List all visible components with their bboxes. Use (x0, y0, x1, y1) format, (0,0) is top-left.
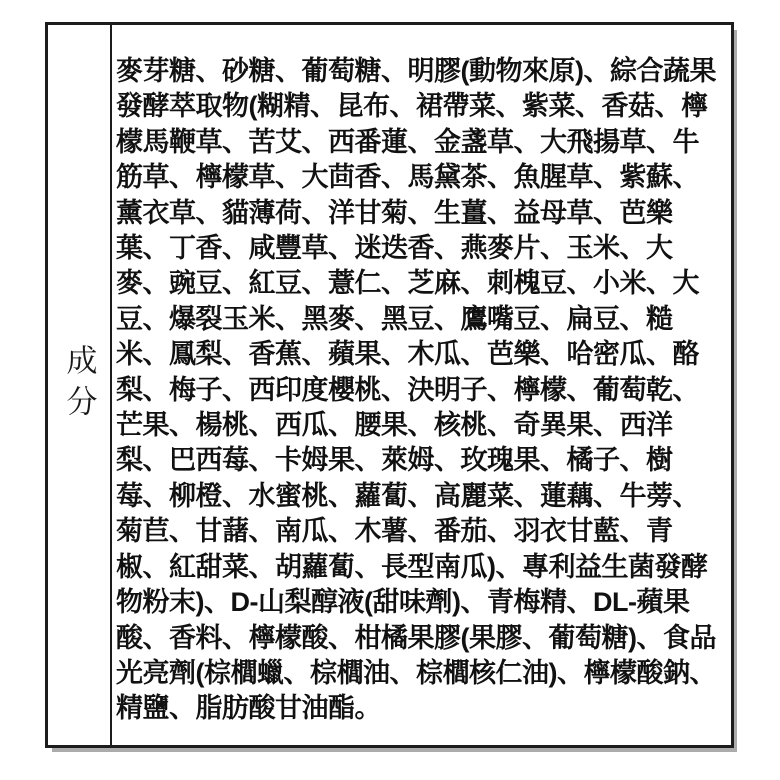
ingredient-line: 葉、丁香、咸豐草、迷迭香、燕麥片、玉米、大 (116, 231, 729, 266)
ingredient-line: 筋草、檸檬草、大茴香、馬黛茶、魚腥草、紫蘇、 (116, 160, 729, 195)
ingredients-label: 成分 (57, 344, 102, 426)
ingredients-label-cell: 成分 (48, 25, 112, 745)
page-background: 成分 麥芽糖、砂糖、葡萄糖、明膠(動物來原)、綜合蔬果 發酵萃取物(糊精、昆布、… (0, 0, 780, 780)
ingredients-content-cell: 麥芽糖、砂糖、葡萄糖、明膠(動物來原)、綜合蔬果 發酵萃取物(糊精、昆布、裙帶菜… (112, 25, 731, 745)
ingredient-line: 薰衣草、貓薄荷、洋甘菊、生薑、益母草、芭樂 (116, 196, 729, 231)
ingredient-line: 芒果、楊桃、西瓜、腰果、核桃、奇異果、西洋 (116, 408, 729, 443)
ingredient-line: 菊苣、甘藷、南瓜、木薯、番茄、羽衣甘藍、青 (116, 514, 729, 549)
ingredient-line: 莓、柳橙、水蜜桃、蘿蔔、高麗菜、蓮藕、牛蒡、 (116, 479, 729, 514)
ingredient-line: 發酵萃取物(糊精、昆布、裙帶菜、紫菜、香菇、檸 (116, 89, 729, 124)
ingredient-line: 梨、梅子、西印度櫻桃、決明子、檸檬、葡萄乾、 (116, 373, 729, 408)
ingredient-line: 酸、香料、檸檬酸、柑橘果膠(果膠、葡萄糖)、食品 (116, 621, 729, 656)
ingredient-line: 光亮劑(棕櫚蠟、棕櫚油、棕櫚核仁油)、檸檬酸鈉、 (116, 656, 729, 691)
ingredient-line: 麥、豌豆、紅豆、薏仁、芝麻、刺槐豆、小米、大 (116, 266, 729, 301)
ingredient-line: 椒、紅甜菜、胡蘿蔔、長型南瓜)、專利益生菌發酵 (116, 550, 729, 585)
ingredient-line: 檬馬鞭草、苦艾、西番蓮、金盞草、大飛揚草、牛 (116, 125, 729, 160)
ingredient-line: 物粉末)、D-山梨醇液(甜味劑)、青梅精、DL-蘋果 (116, 585, 729, 620)
ingredient-line: 梨、巴西莓、卡姆果、萊姆、玫瑰果、橘子、樹 (116, 443, 729, 478)
ingredient-line: 精鹽、脂肪酸甘油酯。 (116, 691, 729, 726)
ingredients-table: 成分 麥芽糖、砂糖、葡萄糖、明膠(動物來原)、綜合蔬果 發酵萃取物(糊精、昆布、… (45, 22, 734, 748)
ingredient-line: 麥芽糖、砂糖、葡萄糖、明膠(動物來原)、綜合蔬果 (116, 54, 729, 89)
ingredient-line: 豆、爆裂玉米、黑麥、黑豆、鷹嘴豆、扁豆、糙 (116, 302, 729, 337)
ingredient-line: 米、鳳梨、香蕉、蘋果、木瓜、芭樂、哈密瓜、酪 (116, 337, 729, 372)
